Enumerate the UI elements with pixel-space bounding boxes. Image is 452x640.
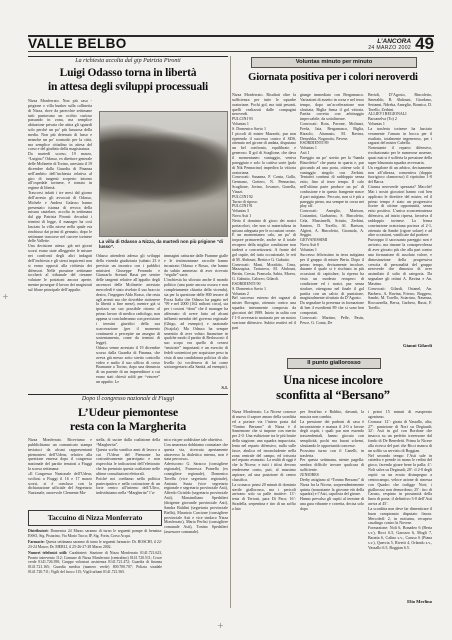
odasso-byline: S.I. (164, 385, 228, 390)
nicese-headline-line2: sconfitta al “Bersano” (232, 388, 434, 403)
odasso-kicker: La richiesta accolta dal gip Patrizia Pi… (28, 58, 228, 65)
nicese-byline: Elio Merlino (368, 599, 432, 604)
udeur-headline-line1: L’Udeur piemontese (28, 405, 228, 419)
page-number: 49 (415, 36, 434, 51)
udeur-kicker-rule (28, 394, 228, 395)
masthead-name: L’ANCORA (368, 38, 411, 45)
voluntas-body-col2: giunge immediato con Bergamasco. Variazi… (300, 93, 364, 349)
taccuino-box: Taccuino di Nizza Monferrato Distributor… (28, 510, 162, 576)
odasso-body-col2: Odasso attenderà adesso gli sviluppi del… (96, 254, 160, 391)
voluntas-body-col3: Bertoli, D’Agosto, Bincoletto, Smeraldo,… (368, 93, 432, 341)
taccuino-text: Questa settimana saranno di turno le seg… (28, 540, 162, 549)
voluntas-kicker-box: Voluntas minuto per minuto (251, 57, 417, 68)
taccuino-title: Taccuino di Nizza Monferrato (29, 511, 161, 525)
section-title: VALLE BELBO (28, 36, 127, 51)
odasso-body-col3: immagini catturate dalle Fiamme gialle e… (164, 254, 228, 385)
taccuino-text: Domenica 24 Marzo saranno di turno le se… (28, 529, 162, 538)
voluntas-body-col1: Nizza Monferrato. Risultati oltre la suf… (232, 93, 296, 349)
odasso-kicker-rule (28, 56, 228, 57)
villa-photo-caption: La villa di Odasso a Nizza, da martedì n… (99, 239, 228, 251)
crop-mark-bottom-icon: + (217, 622, 224, 630)
udeur-body-col2: stella, di uscire dalla coalizione della… (96, 438, 160, 506)
crop-mark-left-icon: + (2, 293, 9, 301)
nicese-body-col1: Nizza Monferrato. La Nicese conosce di n… (232, 410, 296, 606)
taccuino-item-numeri-utili: Numeri telefonici utili: Carabinieri: St… (28, 551, 162, 575)
odasso-body-col1: Nizza Monferrato. Non più casa - prigion… (28, 99, 92, 391)
udeur-body-col1: Nizza Monferrato. Riceviamo e pubblichia… (28, 438, 92, 506)
udeur-kicker: Dopo il congresso nazionale di Fiuggi (28, 396, 228, 403)
nicese-headline: Una nicese incolore sconfitta al “Bersan… (232, 373, 434, 402)
taccuino-label: Numeri telefonici utili: (28, 551, 67, 555)
taccuino-label: Distributori: (28, 529, 49, 533)
udeur-headline-line2: resta con la Margherita (28, 419, 228, 433)
taccuino-item-farmacie: Farmacie: Questa settimana saranno di tu… (28, 540, 162, 549)
odasso-headline-line1: Luigi Odasso torna in libertà (28, 67, 228, 81)
voluntas-headline: Giornata positiva per i colori neroverdi (232, 72, 434, 84)
udeur-headline: L’Udeur piemontese resta con la Margheri… (28, 405, 228, 433)
masthead-text: L’ANCORA 24 MARZO 2002 (368, 38, 411, 51)
nicese-headline-line1: Una nicese incolore (232, 373, 434, 388)
taccuino-body: Distributori: Domenica 24 Marzo saranno … (28, 529, 162, 574)
taccuino-item-distributori: Distributori: Domenica 24 Marzo saranno … (28, 529, 162, 538)
taccuino-title-box: Taccuino di Nizza Monferrato (28, 510, 162, 526)
nicese-body-col2: per Serafino e Bobbio, davanti, la music… (300, 410, 364, 606)
nicese-kicker-box: Il punto giallorosso (287, 358, 381, 369)
header-bottom-rule (28, 51, 434, 52)
newspaper-page: VALLE BELBO L’ANCORA 24 MARZO 2002 49 La… (0, 0, 452, 640)
masthead-block: L’ANCORA 24 MARZO 2002 49 (368, 36, 434, 51)
udeur-body-col3: nica via per soddisfare tale obiettivo. … (164, 438, 228, 606)
odasso-headline: Luigi Odasso torna in libertà in attesa … (28, 67, 228, 94)
voluntas-byline: Gianni Gilardi (368, 343, 432, 348)
nicese-body-col3: i primi 15 minuti di esasperato agonismo… (368, 410, 432, 598)
page-header: VALLE BELBO L’ANCORA 24 MARZO 2002 49 (28, 38, 434, 51)
odasso-headline-line2: in attesa degli sviluppi processuali (28, 81, 228, 95)
column-divider (230, 56, 231, 608)
villa-photo (99, 111, 228, 237)
taccuino-label: Farmacie: (28, 540, 45, 544)
